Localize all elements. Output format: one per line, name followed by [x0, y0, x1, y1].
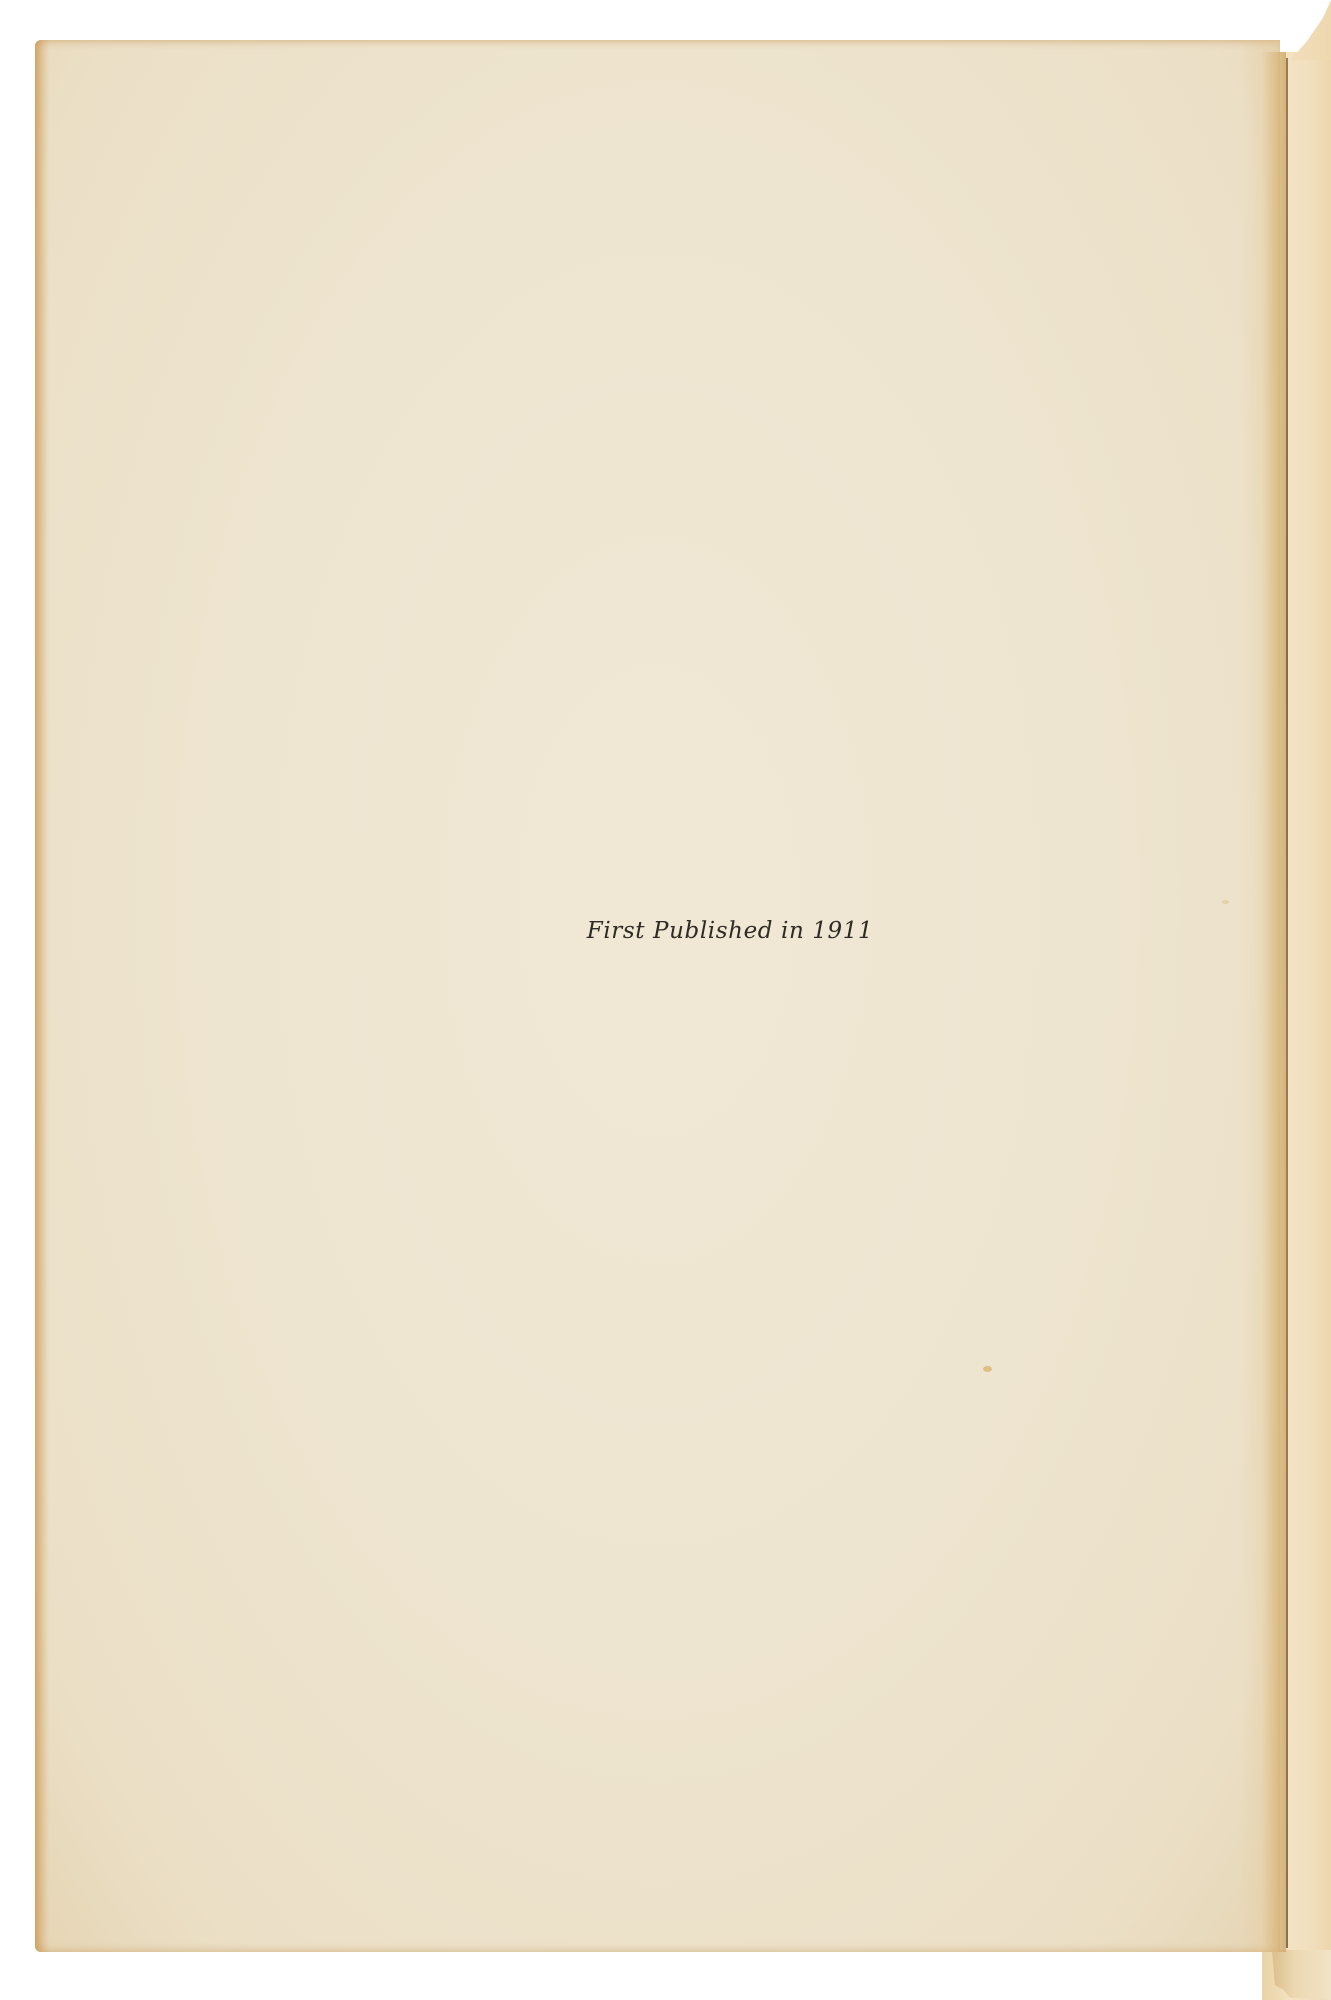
publication-imprint: First Published in 1911 — [540, 918, 920, 944]
verso-page — [35, 40, 1280, 1952]
spine-top-edge — [1290, 0, 1331, 60]
book-scan: First Published in 1911 — [0, 0, 1331, 2000]
foxing-spot — [1222, 900, 1229, 904]
gutter-fold-line — [1286, 58, 1288, 1948]
page-left-foxing — [35, 40, 49, 1952]
foxing-spot — [983, 1366, 992, 1372]
gutter-shadow — [1262, 52, 1286, 1952]
